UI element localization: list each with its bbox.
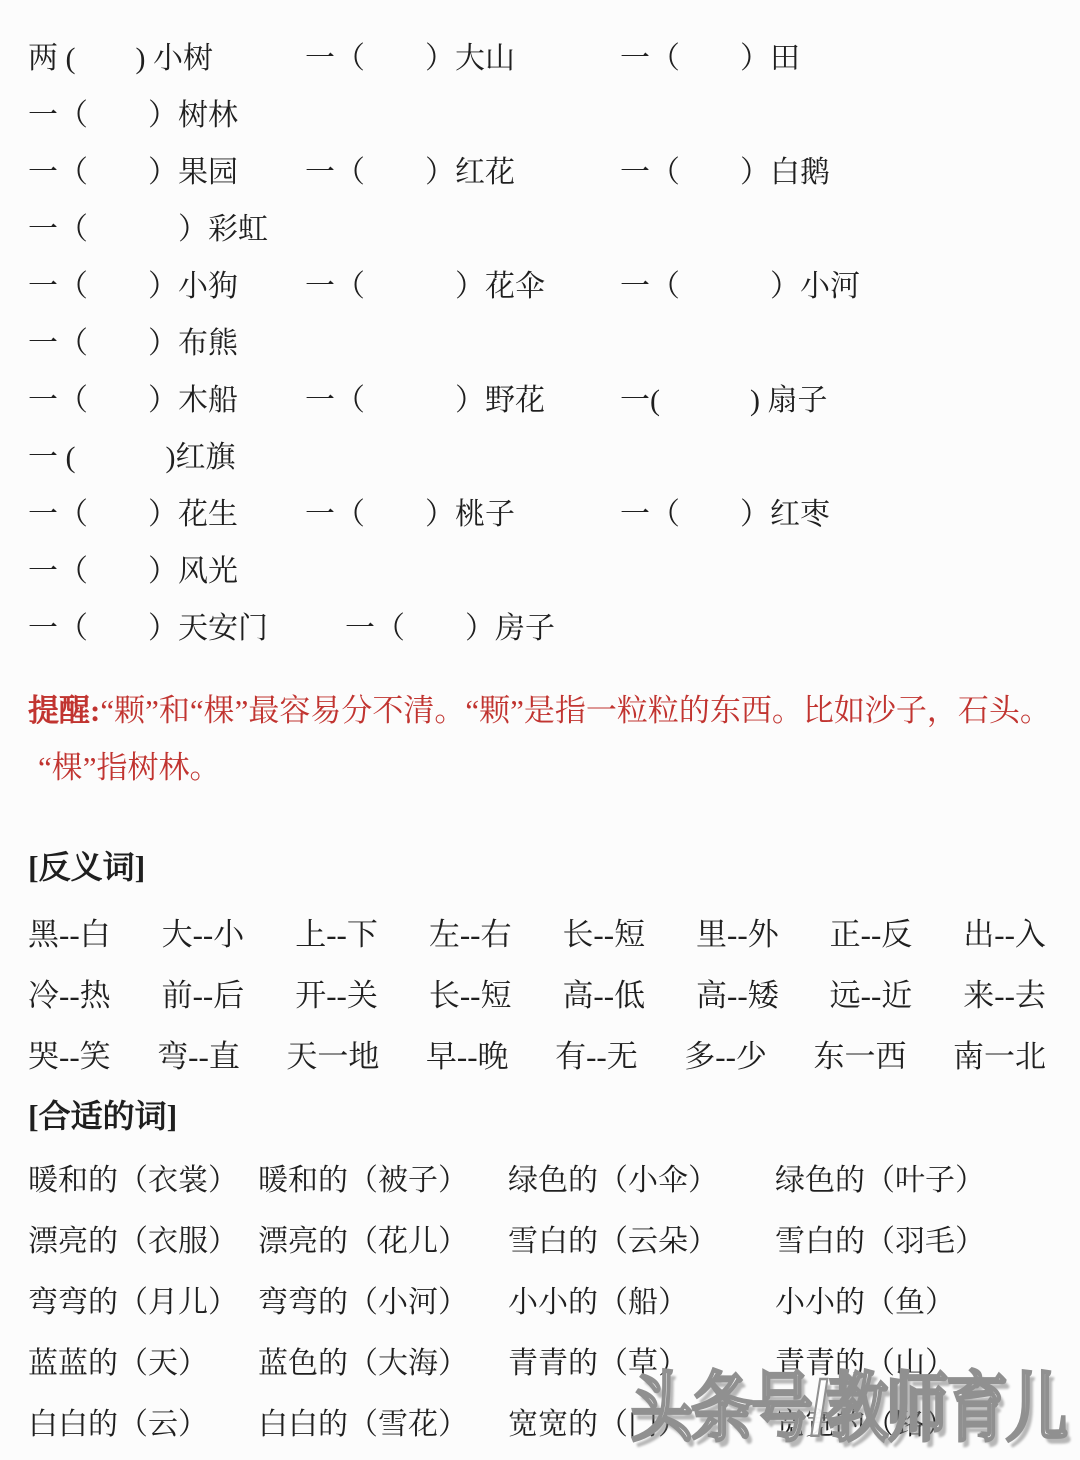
phrase-item: 雪白的（云朵） (508, 1216, 775, 1260)
antonym-pair: 开--关 (295, 970, 378, 1015)
measure-word-row: 一（ ）木船 一（ ）野花 一( ) 扇子 (28, 368, 1056, 425)
measure-word-item: 一（ ）田 (620, 33, 1056, 77)
measure-word-item: 一（ ）木船 (28, 375, 305, 419)
antonym-row: 哭--笑 弯--直 天一地 早--晚 有--无 多--少 东一西 南一北 (28, 1023, 1046, 1084)
phrase-item: 小小的（船） (508, 1277, 775, 1321)
phrase-item: 暖和的（被子） (258, 1155, 508, 1199)
phrase-item: 绿色的（小伞） (508, 1155, 775, 1199)
reminder-text: “颗”和“棵”最容易分不清。“颗”是指一粒粒的东西。比如沙子，石头。 (100, 685, 1051, 730)
measure-word-row: 一（ ）果园 一（ ）红花 一（ ）白鹅 (28, 140, 1056, 197)
measure-word-item: 一（ ）风光 (28, 546, 305, 590)
antonym-pair: 长--短 (562, 909, 645, 954)
antonym-pair: 里--外 (696, 909, 779, 954)
measure-word-item: 一（ ）树林 (28, 90, 305, 134)
antonym-pair: 哭--笑 (28, 1031, 111, 1076)
antonym-pair: 南一北 (953, 1031, 1046, 1076)
measure-word-row: 一（ ）树林 (28, 83, 1056, 140)
measure-word-item: 一（ ）果园 (28, 147, 305, 191)
measure-word-item: 一（ ）大山 (305, 33, 620, 77)
phrase-item: 弯弯的（小河） (258, 1277, 508, 1321)
measure-word-section: 两 ( ) 小树 一（ ）大山 一（ ）田 一（ ）树林 一（ ）果园 一（ ）… (28, 26, 1056, 653)
measure-word-item: 一（ ）红花 (305, 147, 620, 191)
antonym-pair: 黑--白 (28, 909, 111, 954)
measure-word-item: 一（ ）小河 (620, 261, 1056, 305)
measure-word-item: 一（ ）花伞 (305, 261, 620, 305)
measure-word-row: 一（ ）小狗 一（ ）花伞 一（ ）小河 (28, 254, 1056, 311)
reminder-label: 提醒: (28, 685, 100, 730)
antonym-pair: 远--近 (830, 970, 913, 1015)
phrase-row: 漂亮的（衣服） 漂亮的（花儿） 雪白的（云朵） 雪白的（羽毛） (28, 1207, 1056, 1268)
antonym-pair: 东一西 (813, 1031, 906, 1076)
antonym-pair: 正--反 (830, 909, 913, 954)
measure-word-item: 一（ ）彩虹 (28, 204, 305, 248)
measure-word-row: 一（ ）天安门 一（ ）房子 (28, 596, 1056, 653)
section-title-suitable-words: [合适的词] (28, 1094, 1056, 1138)
measure-word-item: 一 ( )红旗 (28, 432, 305, 476)
phrase-item: 雪白的（羽毛） (775, 1216, 1056, 1260)
antonym-pair: 冷--热 (28, 970, 111, 1015)
antonym-pair: 左--右 (429, 909, 512, 954)
antonym-pair: 天一地 (286, 1031, 379, 1076)
antonym-row: 黑--白 大--小 上--下 左--右 长--短 里--外 正--反 出--入 (28, 901, 1046, 962)
measure-word-item: 一（ ）白鹅 (620, 147, 1056, 191)
measure-word-row: 一（ ）花生 一（ ）桃子 一（ ）红枣 (28, 482, 1056, 539)
measure-word-item: 一（ ）红枣 (620, 489, 1056, 533)
reminder-line-2: “棵”指树林。 (28, 736, 1056, 793)
measure-word-item: 一( ) 扇子 (620, 375, 1056, 419)
measure-word-item: 两 ( ) 小树 (28, 33, 305, 77)
antonym-pair: 长--短 (429, 970, 512, 1015)
antonym-pair: 大--小 (162, 909, 245, 954)
antonym-pair: 弯--直 (157, 1031, 240, 1076)
antonym-row: 冷--热 前--后 开--关 长--短 高--低 高--矮 远--近 来--去 (28, 962, 1046, 1023)
antonym-pair: 高--低 (562, 970, 645, 1015)
antonym-pair: 多--少 (684, 1031, 767, 1076)
antonym-pair: 前--后 (162, 970, 245, 1015)
phrase-row: 弯弯的（月儿） 弯弯的（小河） 小小的（船） 小小的（鱼） (28, 1268, 1056, 1329)
phrase-item: 弯弯的（月儿） (28, 1277, 258, 1321)
measure-word-item: 一（ ）房子 (345, 603, 1056, 647)
antonym-pair: 高--矮 (696, 970, 779, 1015)
phrase-item: 白白的（雪花） (258, 1399, 508, 1443)
phrase-row: 暖和的（衣裳） 暖和的（被子） 绿色的（小伞） 绿色的（叶子） (28, 1146, 1056, 1207)
watermark-text: 头条号/教师育儿 (631, 1347, 1066, 1456)
phrase-item: 漂亮的（花儿） (258, 1216, 508, 1260)
measure-word-row: 一（ ）布熊 (28, 311, 1056, 368)
antonym-pair: 来--去 (963, 970, 1046, 1015)
section-title-antonyms: [反义词] (28, 845, 1056, 889)
antonym-pair: 有--无 (555, 1031, 638, 1076)
phrase-item: 蓝色的（大海） (258, 1338, 508, 1382)
phrase-item: 蓝蓝的（天） (28, 1338, 258, 1382)
antonyms-section: 黑--白 大--小 上--下 左--右 长--短 里--外 正--反 出--入 … (28, 901, 1056, 1084)
phrase-item: 小小的（鱼） (775, 1277, 1056, 1321)
measure-word-row: 一（ ）彩虹 (28, 197, 1056, 254)
measure-word-item: 一（ ）天安门 (28, 603, 345, 647)
reminder-note: 提醒:“颗”和“棵”最容易分不清。“颗”是指一粒粒的东西。比如沙子，石头。 “棵… (28, 679, 1056, 793)
antonym-pair: 上--下 (295, 909, 378, 954)
measure-word-row: 一 ( )红旗 (28, 425, 1056, 482)
measure-word-item: 一（ ）野花 (305, 375, 620, 419)
antonym-pair: 出--入 (963, 909, 1046, 954)
measure-word-item: 一（ ）布熊 (28, 318, 305, 362)
phrase-item: 白白的（云） (28, 1399, 258, 1443)
measure-word-row: 一（ ）风光 (28, 539, 1056, 596)
measure-word-item: 一（ ）小狗 (28, 261, 305, 305)
measure-word-item: 一（ ）花生 (28, 489, 305, 533)
phrase-item: 漂亮的（衣服） (28, 1216, 258, 1260)
antonym-pair: 早--晚 (426, 1031, 509, 1076)
reminder-line-1: 提醒:“颗”和“棵”最容易分不清。“颗”是指一粒粒的东西。比如沙子，石头。 (28, 679, 1056, 736)
phrase-item: 绿色的（叶子） (775, 1155, 1056, 1199)
measure-word-row: 两 ( ) 小树 一（ ）大山 一（ ）田 (28, 26, 1056, 83)
measure-word-item: 一（ ）桃子 (305, 489, 620, 533)
phrase-item: 暖和的（衣裳） (28, 1155, 258, 1199)
worksheet-page: 两 ( ) 小树 一（ ）大山 一（ ）田 一（ ）树林 一（ ）果园 一（ ）… (0, 0, 1080, 1460)
